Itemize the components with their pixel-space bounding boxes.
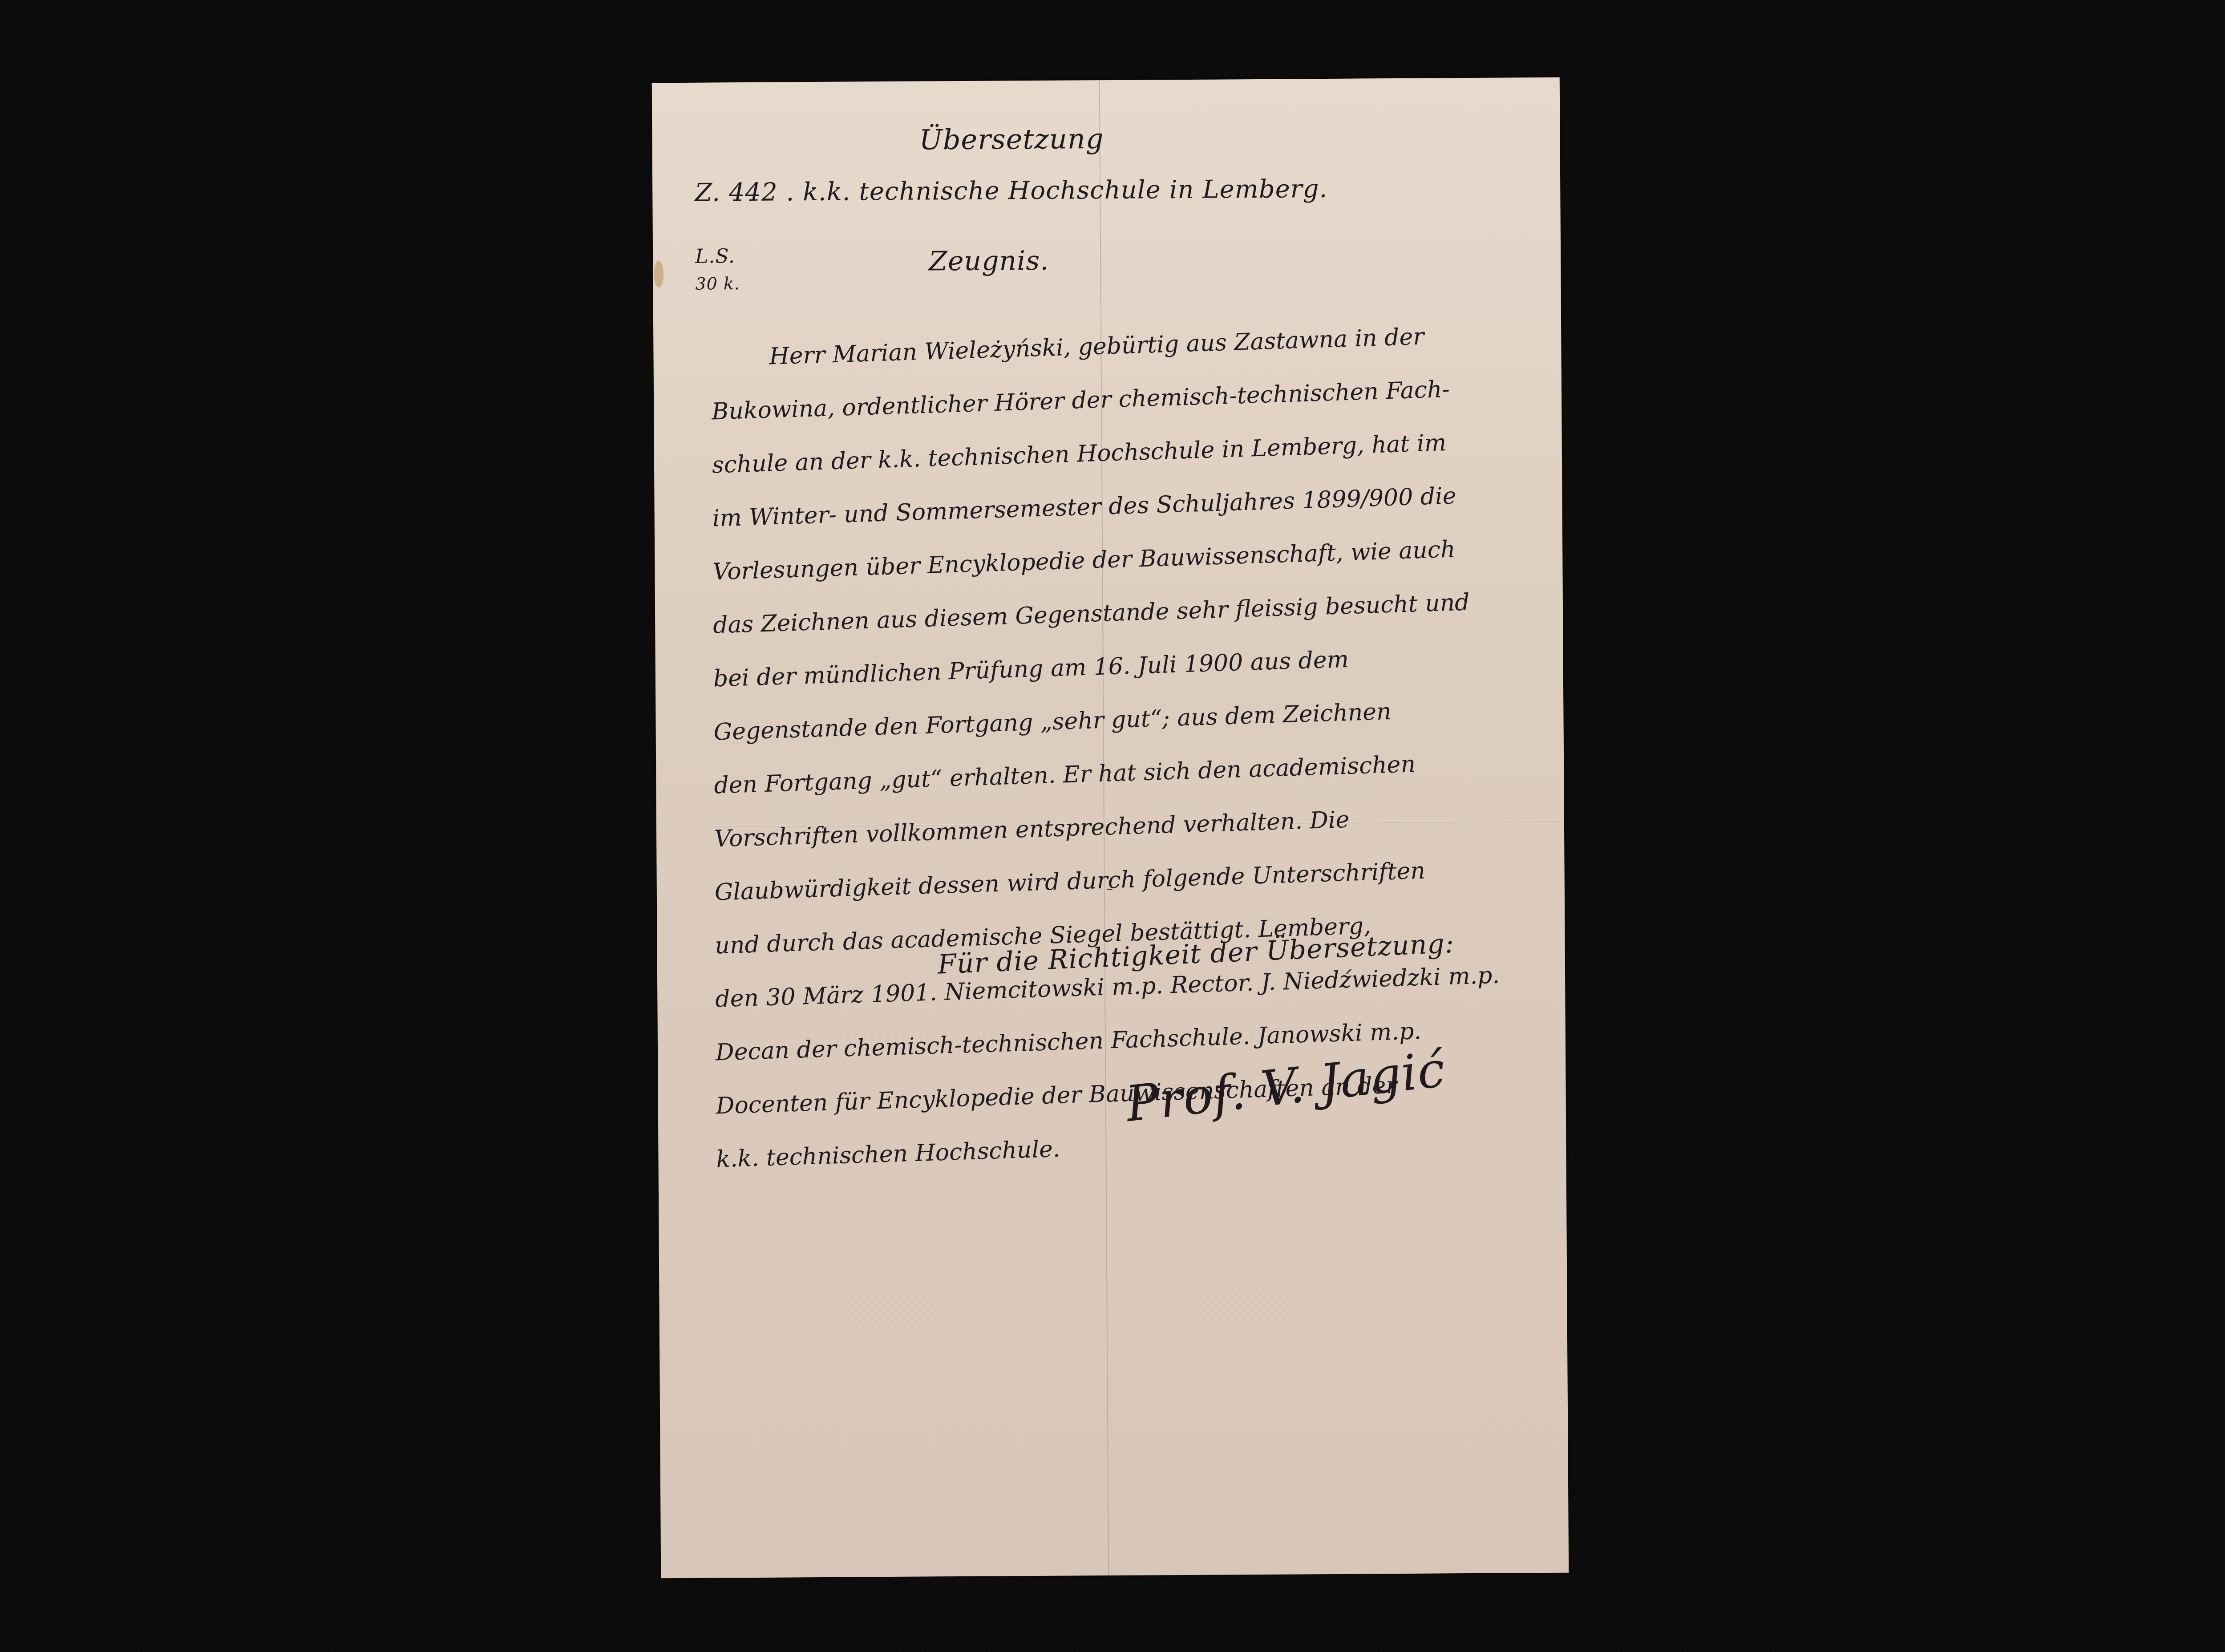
document-sheet: Übersetzung Z. 442 . k.k. technische Hoc…: [652, 77, 1569, 1578]
margin-note-seal: L.S.: [695, 245, 735, 268]
document-title: Zeugnis.: [929, 245, 1049, 277]
reference-line: Z. 442 . k.k. technische Hochschule in L…: [695, 174, 1327, 207]
foxing-stain: [654, 261, 663, 287]
document-heading: Übersetzung: [919, 122, 1104, 156]
fold-mark: –: [1106, 881, 1113, 897]
margin-note-fee: 30 k.: [695, 274, 740, 294]
